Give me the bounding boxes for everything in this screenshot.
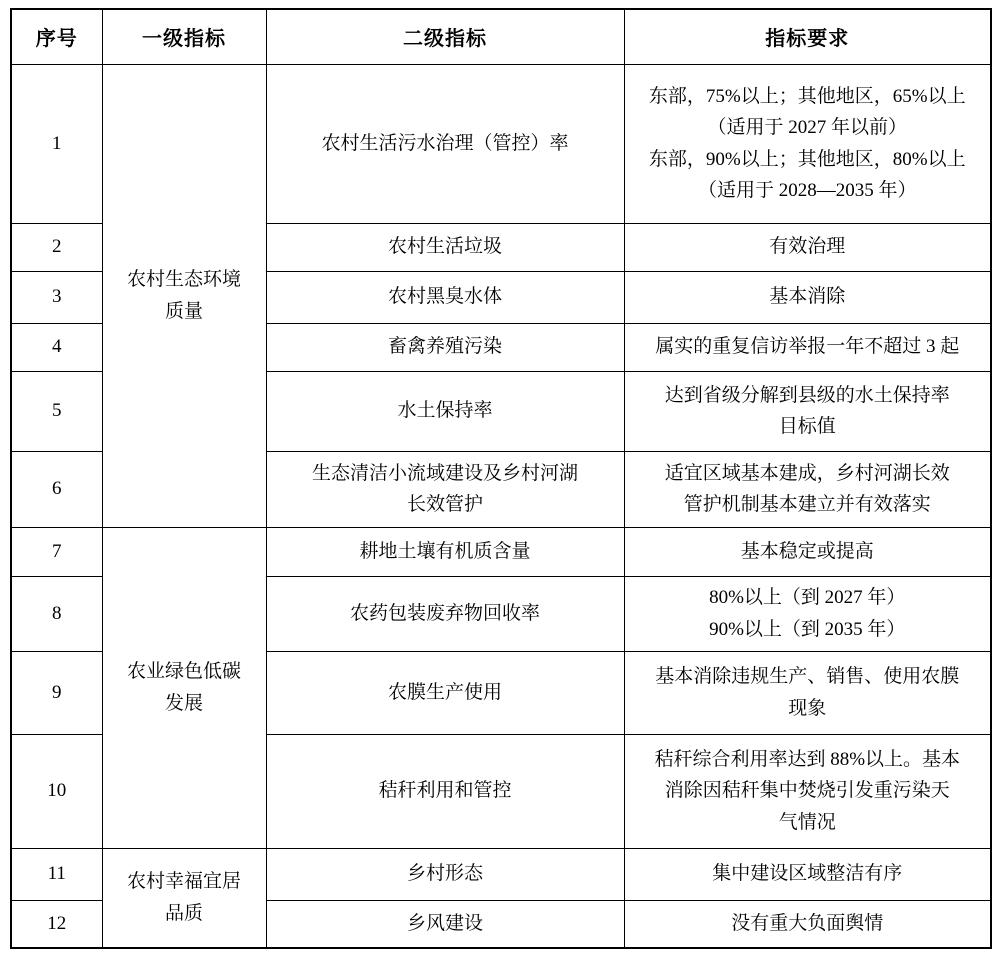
level2-indicator-cell: 农村黑臭水体 [266, 271, 624, 323]
requirement-cell: 没有重大负面舆情 [624, 900, 991, 948]
table-row: 1 农村生态环境 质量 农村生活污水治理（管控）率 东部，75%以上；其他地区，… [11, 64, 991, 223]
level1-indicator-group-cell: 农村幸福宜居 品质 [102, 848, 266, 948]
row-number: 10 [11, 734, 102, 848]
level2-indicator-cell: 农村生活污水治理（管控）率 [266, 64, 624, 223]
requirement-cell: 集中建设区域整洁有序 [624, 848, 991, 900]
header-cell-requirement: 指标要求 [624, 9, 991, 64]
requirement-cell: 基本消除 [624, 271, 991, 323]
level2-indicator-cell: 乡风建设 [266, 900, 624, 948]
row-number: 6 [11, 451, 102, 527]
level2-indicator-cell: 农膜生产使用 [266, 651, 624, 734]
level2-indicator-cell: 乡村形态 [266, 848, 624, 900]
requirement-cell: 有效治理 [624, 223, 991, 271]
row-number: 5 [11, 371, 102, 451]
requirement-cell: 属实的重复信访举报一年不超过 3 起 [624, 323, 991, 371]
level2-indicator-cell: 畜禽养殖污染 [266, 323, 624, 371]
table-row: 11 农村幸福宜居 品质 乡村形态 集中建设区域整洁有序 [11, 848, 991, 900]
document-page: 序号 一级指标 二级指标 指标要求 1 农村生态环境 质量 农村生活污水治理（管… [0, 0, 999, 960]
header-cell-level1-indicator: 一级指标 [102, 9, 266, 64]
level2-indicator-cell: 耕地土壤有机质含量 [266, 527, 624, 576]
header-row: 序号 一级指标 二级指标 指标要求 [11, 9, 991, 64]
requirement-cell: 秸秆综合利用率达到 88%以上。基本 消除因秸秆集中焚烧引发重污染天 气情况 [624, 734, 991, 848]
requirement-cell: 东部，75%以上；其他地区，65%以上 （适用于 2027 年以前） 东部，90… [624, 64, 991, 223]
row-number: 7 [11, 527, 102, 576]
header-cell-level2-indicator: 二级指标 [266, 9, 624, 64]
level2-indicator-cell: 农村生活垃圾 [266, 223, 624, 271]
level2-indicator-cell: 生态清洁小流域建设及乡村河湖 长效管护 [266, 451, 624, 527]
row-number: 11 [11, 848, 102, 900]
table-row: 7 农业绿色低碳 发展 耕地土壤有机质含量 基本稳定或提高 [11, 527, 991, 576]
level2-indicator-cell: 秸秆利用和管控 [266, 734, 624, 848]
row-number: 9 [11, 651, 102, 734]
row-number: 8 [11, 576, 102, 651]
header-cell-serial-no: 序号 [11, 9, 102, 64]
requirement-cell: 基本稳定或提高 [624, 527, 991, 576]
row-number: 4 [11, 323, 102, 371]
indicator-table: 序号 一级指标 二级指标 指标要求 1 农村生态环境 质量 农村生活污水治理（管… [10, 8, 992, 949]
row-number: 3 [11, 271, 102, 323]
row-number: 12 [11, 900, 102, 948]
level1-indicator-group-cell: 农村生态环境 质量 [102, 64, 266, 527]
requirement-cell: 80%以上（到 2027 年） 90%以上（到 2035 年） [624, 576, 991, 651]
row-number: 2 [11, 223, 102, 271]
requirement-cell: 基本消除违规生产、销售、使用农膜 现象 [624, 651, 991, 734]
level2-indicator-cell: 水土保持率 [266, 371, 624, 451]
requirement-cell: 适宜区域基本建成，乡村河湖长效 管护机制基本建立并有效落实 [624, 451, 991, 527]
level2-indicator-cell: 农药包装废弃物回收率 [266, 576, 624, 651]
row-number: 1 [11, 64, 102, 223]
requirement-cell: 达到省级分解到县级的水土保持率 目标值 [624, 371, 991, 451]
level1-indicator-group-cell: 农业绿色低碳 发展 [102, 527, 266, 848]
